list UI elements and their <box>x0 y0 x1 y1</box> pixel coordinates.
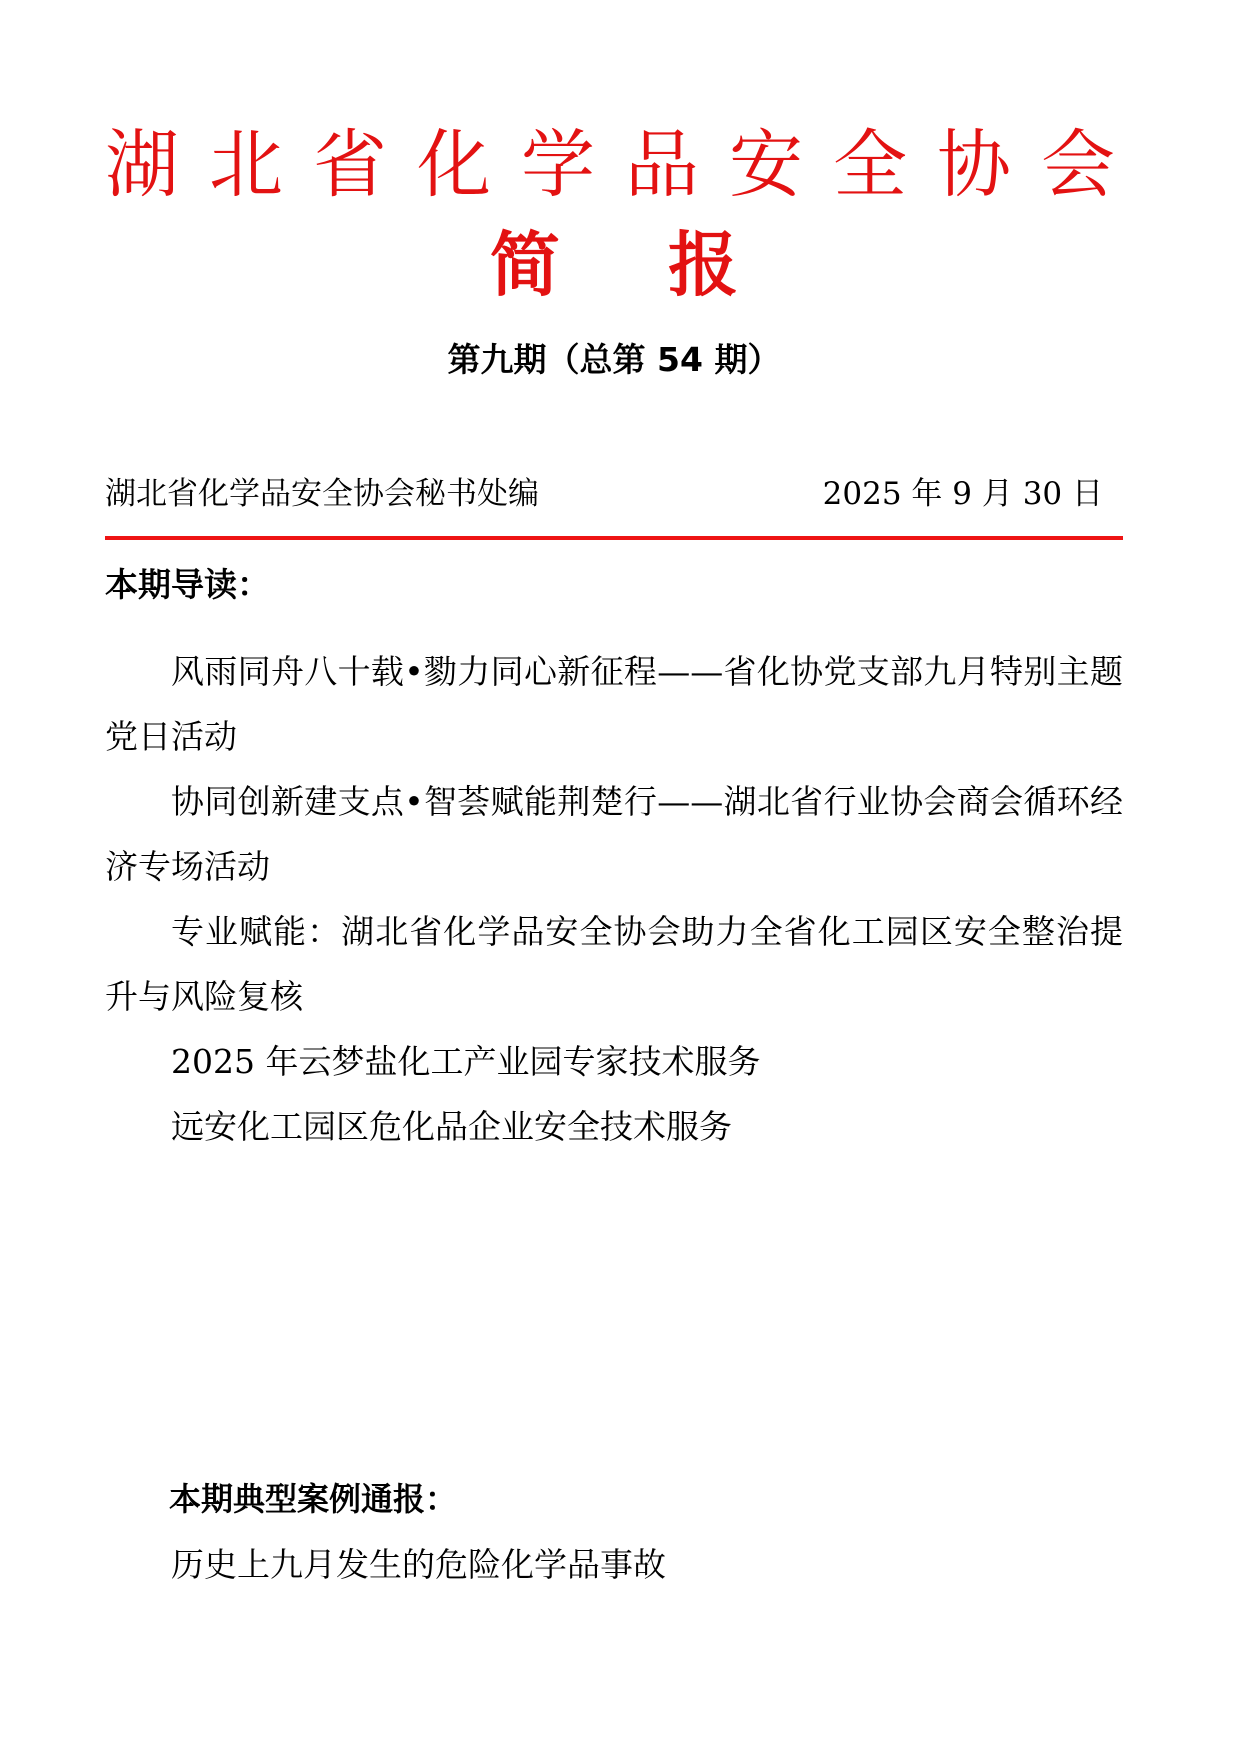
editor-date-row: 湖北省化学品安全协会秘书处编 2025 年 9 月 30 日 <box>105 474 1123 514</box>
toc-item: 专业赋能：湖北省化学品安全协会助力全省化工园区安全整治提升与风险复核 <box>105 899 1123 1029</box>
case-item: 历史上九月发生的危险化学品事故 <box>105 1532 1123 1597</box>
paper-title: 简 报 <box>105 230 1123 300</box>
toc-item: 远安化工园区危化品企业安全技术服务 <box>105 1094 1123 1159</box>
cases-heading: 本期典型案例通报： <box>105 1467 1123 1532</box>
toc-item: 2025 年云梦盐化工产业园专家技术服务 <box>105 1029 1123 1094</box>
toc-item: 风雨同舟八十载•勠力同心新征程——省化协党支部九月特别主题党日活动 <box>105 639 1123 769</box>
section-spacer <box>105 1159 1123 1467</box>
red-divider-rule <box>105 536 1123 540</box>
publication-date: 2025 年 9 月 30 日 <box>823 474 1123 514</box>
toc-item: 协同创新建支点•智荟赋能荆楚行——湖北省行业协会商会循环经济专场活动 <box>105 769 1123 899</box>
bulletin-page: 湖北省化学品安全协会 简 报 第九期（总第 54 期） 湖北省化学品安全协会秘书… <box>0 0 1241 1754</box>
issue-number: 第九期（总第 54 期） <box>105 340 1123 380</box>
toc-heading: 本期导读： <box>105 552 1123 617</box>
editor-credit: 湖北省化学品安全协会秘书处编 <box>105 474 539 514</box>
org-title: 湖北省化学品安全协会 <box>105 128 1123 202</box>
